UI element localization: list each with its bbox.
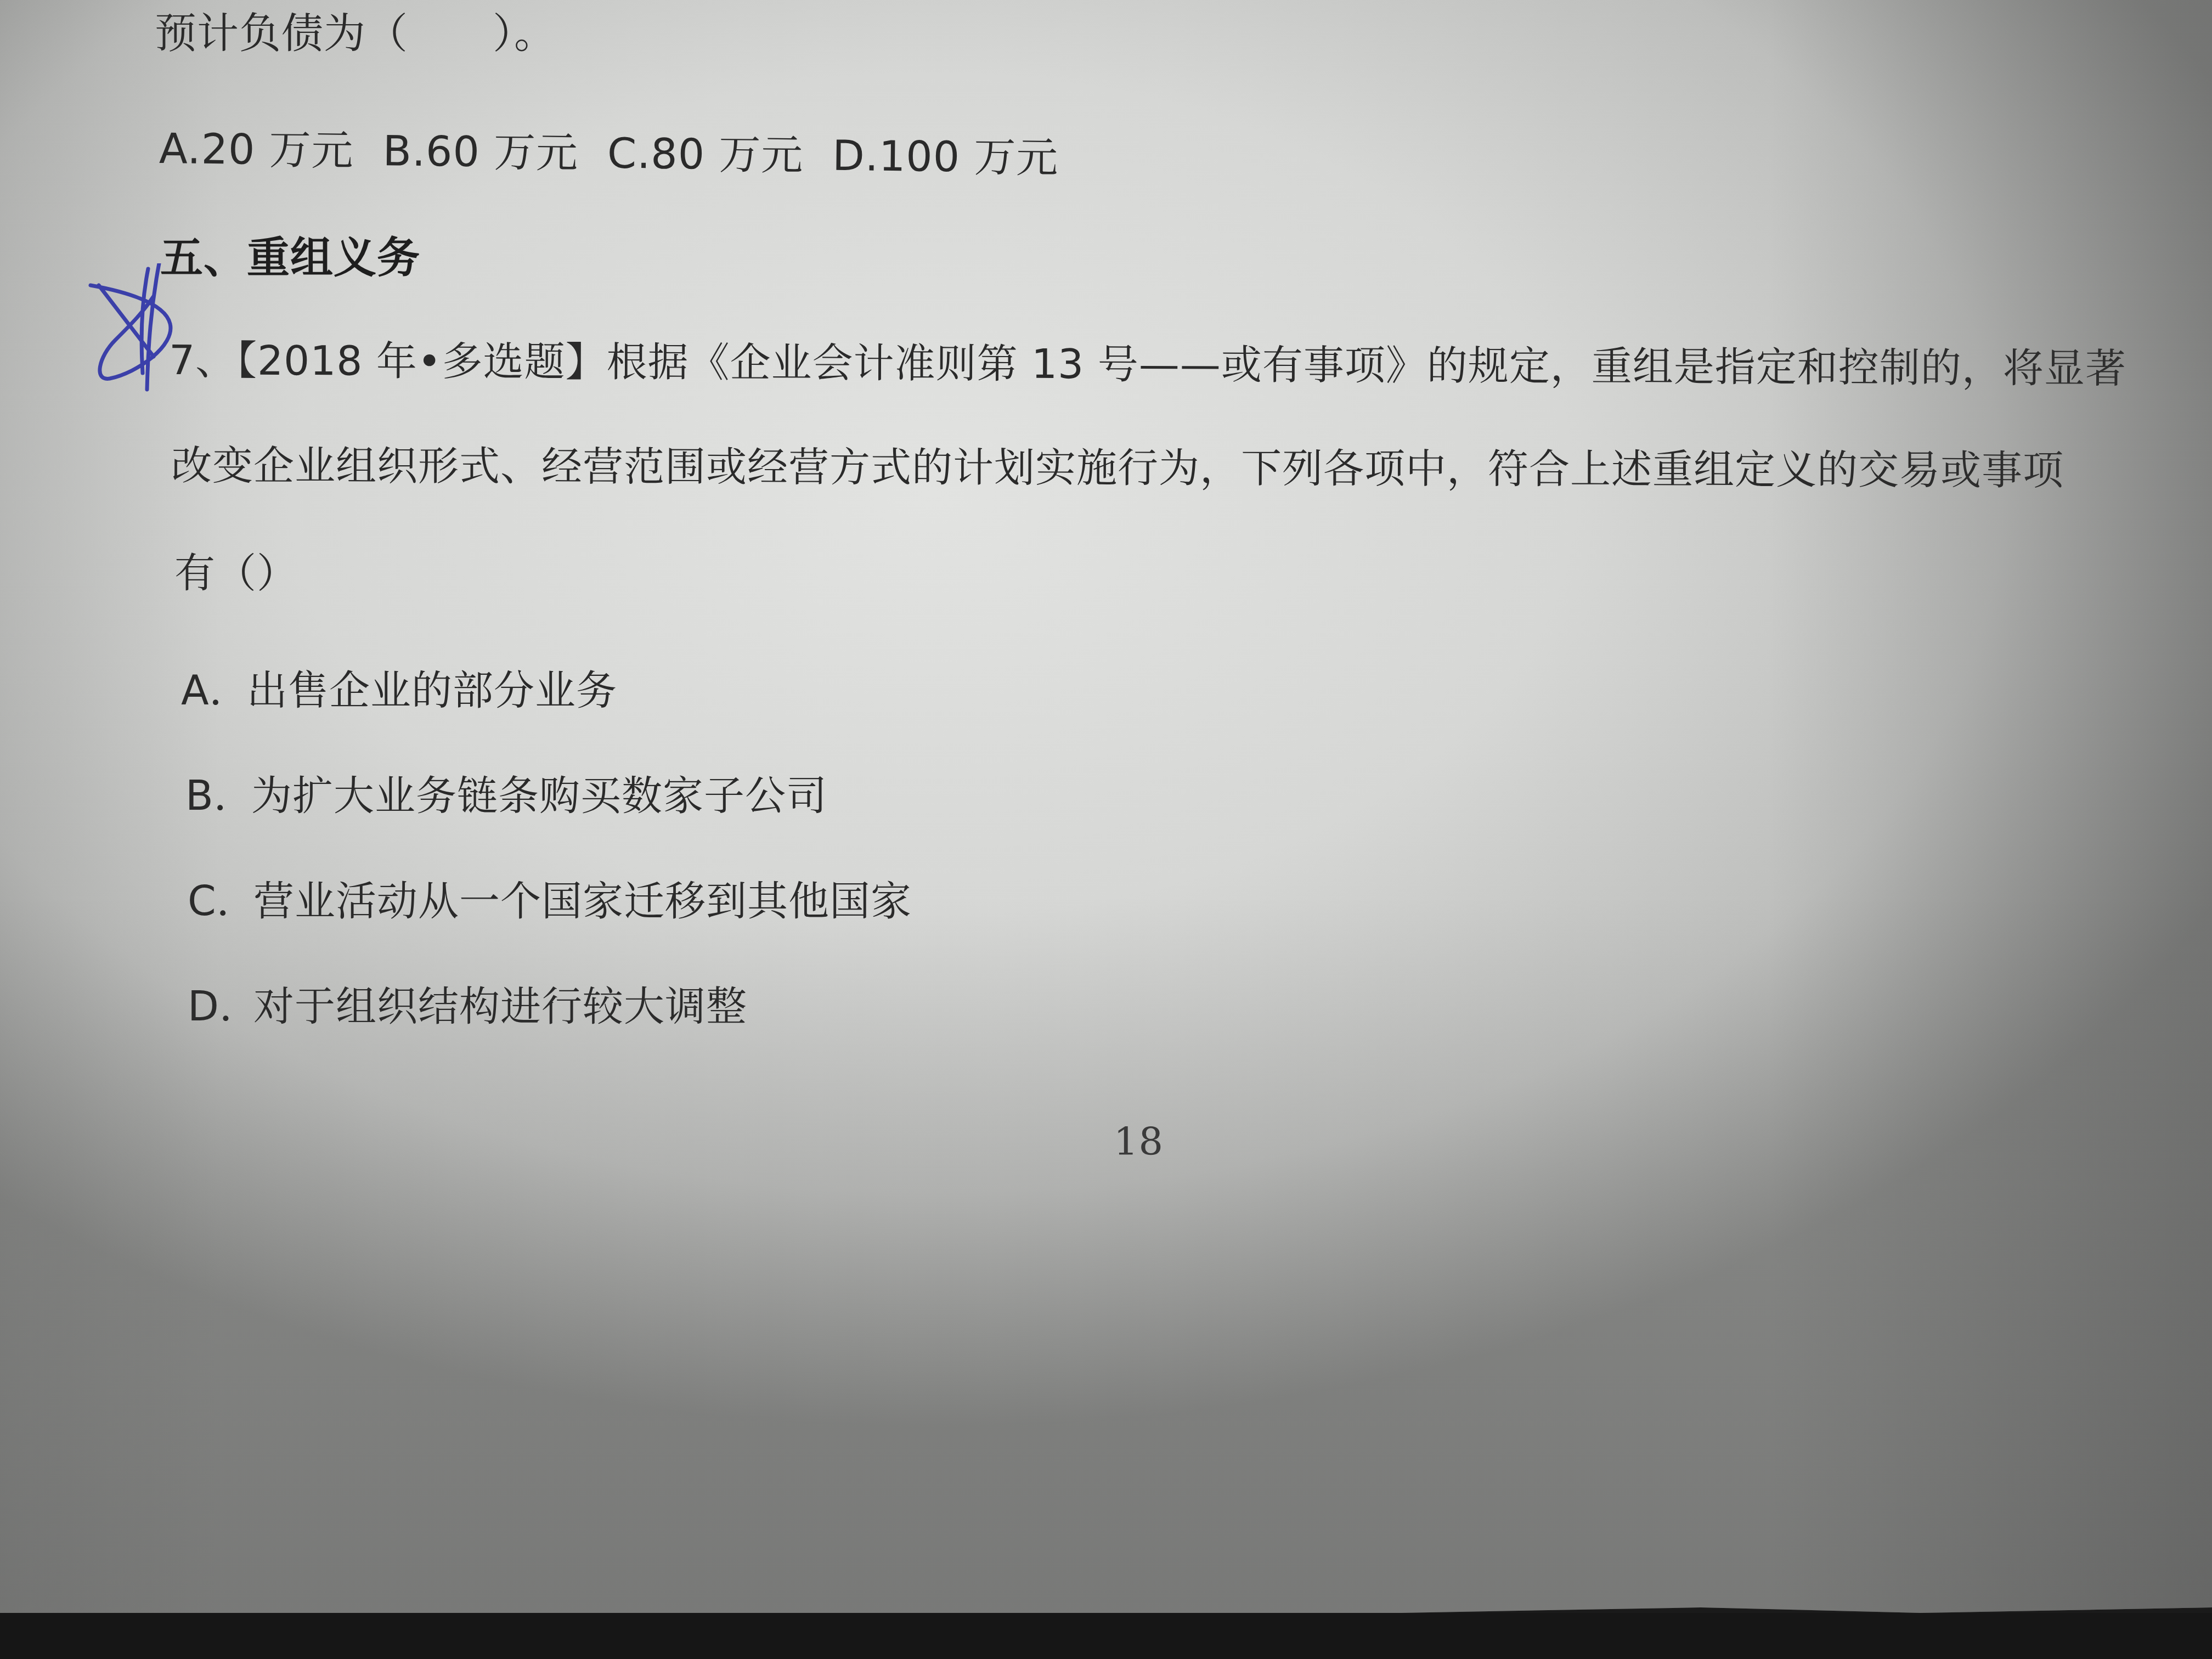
handwritten-star-icon: [88, 263, 176, 406]
previous-question-options: A.20 万元 B.60 万元 C.80 万元 D.100 万元: [159, 115, 1074, 184]
previous-question-stem: 预计负债为（ ）。: [155, 0, 556, 60]
question-line-2: 改变企业组织形式、经营范围或经营方式的计划实施行为，下列各项中，符合上述重组定义…: [171, 445, 2064, 491]
paper-sheet: 预计负债为（ ）。 A.20 万元 B.60 万元 C.80 万元 D.100 …: [0, 0, 2212, 1624]
prev-option-d: D.100 万元: [832, 131, 1059, 182]
option-b-label: B．: [185, 764, 251, 822]
option-d-label: D．: [188, 974, 253, 1032]
question-tag: 【2018 年•多选题】: [236, 337, 607, 386]
option-a-label: A．: [181, 658, 247, 716]
option-c: C．营业活动从一个国家迁移到其他国家: [188, 869, 912, 927]
option-a-text: 出售企业的部分业务: [247, 667, 617, 714]
prev-option-b: B.60 万元: [382, 126, 578, 177]
option-b-text: 为扩大业务链条购买数家子公司: [251, 772, 827, 820]
option-c-text: 营业活动从一个国家迁移到其他国家: [253, 878, 912, 925]
option-a: A．出售企业的部分业务: [181, 658, 617, 716]
question-line-3: 有（）: [174, 553, 298, 594]
question-line-1: 7、【2018 年•多选题】根据《企业会计准则第 13 号——或有事项》的规定，…: [169, 340, 2126, 390]
question-number: 7、: [169, 337, 236, 385]
page-number: 18: [1114, 1119, 1164, 1164]
prev-option-c: C.80 万元: [607, 129, 804, 180]
table-surface: [0, 1613, 2212, 1659]
prev-option-a: A.20 万元: [159, 124, 354, 175]
option-c-label: C．: [188, 869, 253, 927]
option-d: D．对于组织结构进行较大调整: [188, 974, 747, 1032]
option-b: B．为扩大业务链条购买数家子公司: [185, 764, 827, 822]
section-heading: 五、重组义务: [160, 224, 420, 285]
question-text-1: 根据《企业会计准则第 13 号——或有事项》的规定，重组是指定和控制的，将显著: [606, 338, 2126, 392]
option-d-text: 对于组织结构进行较大调整: [253, 983, 747, 1030]
